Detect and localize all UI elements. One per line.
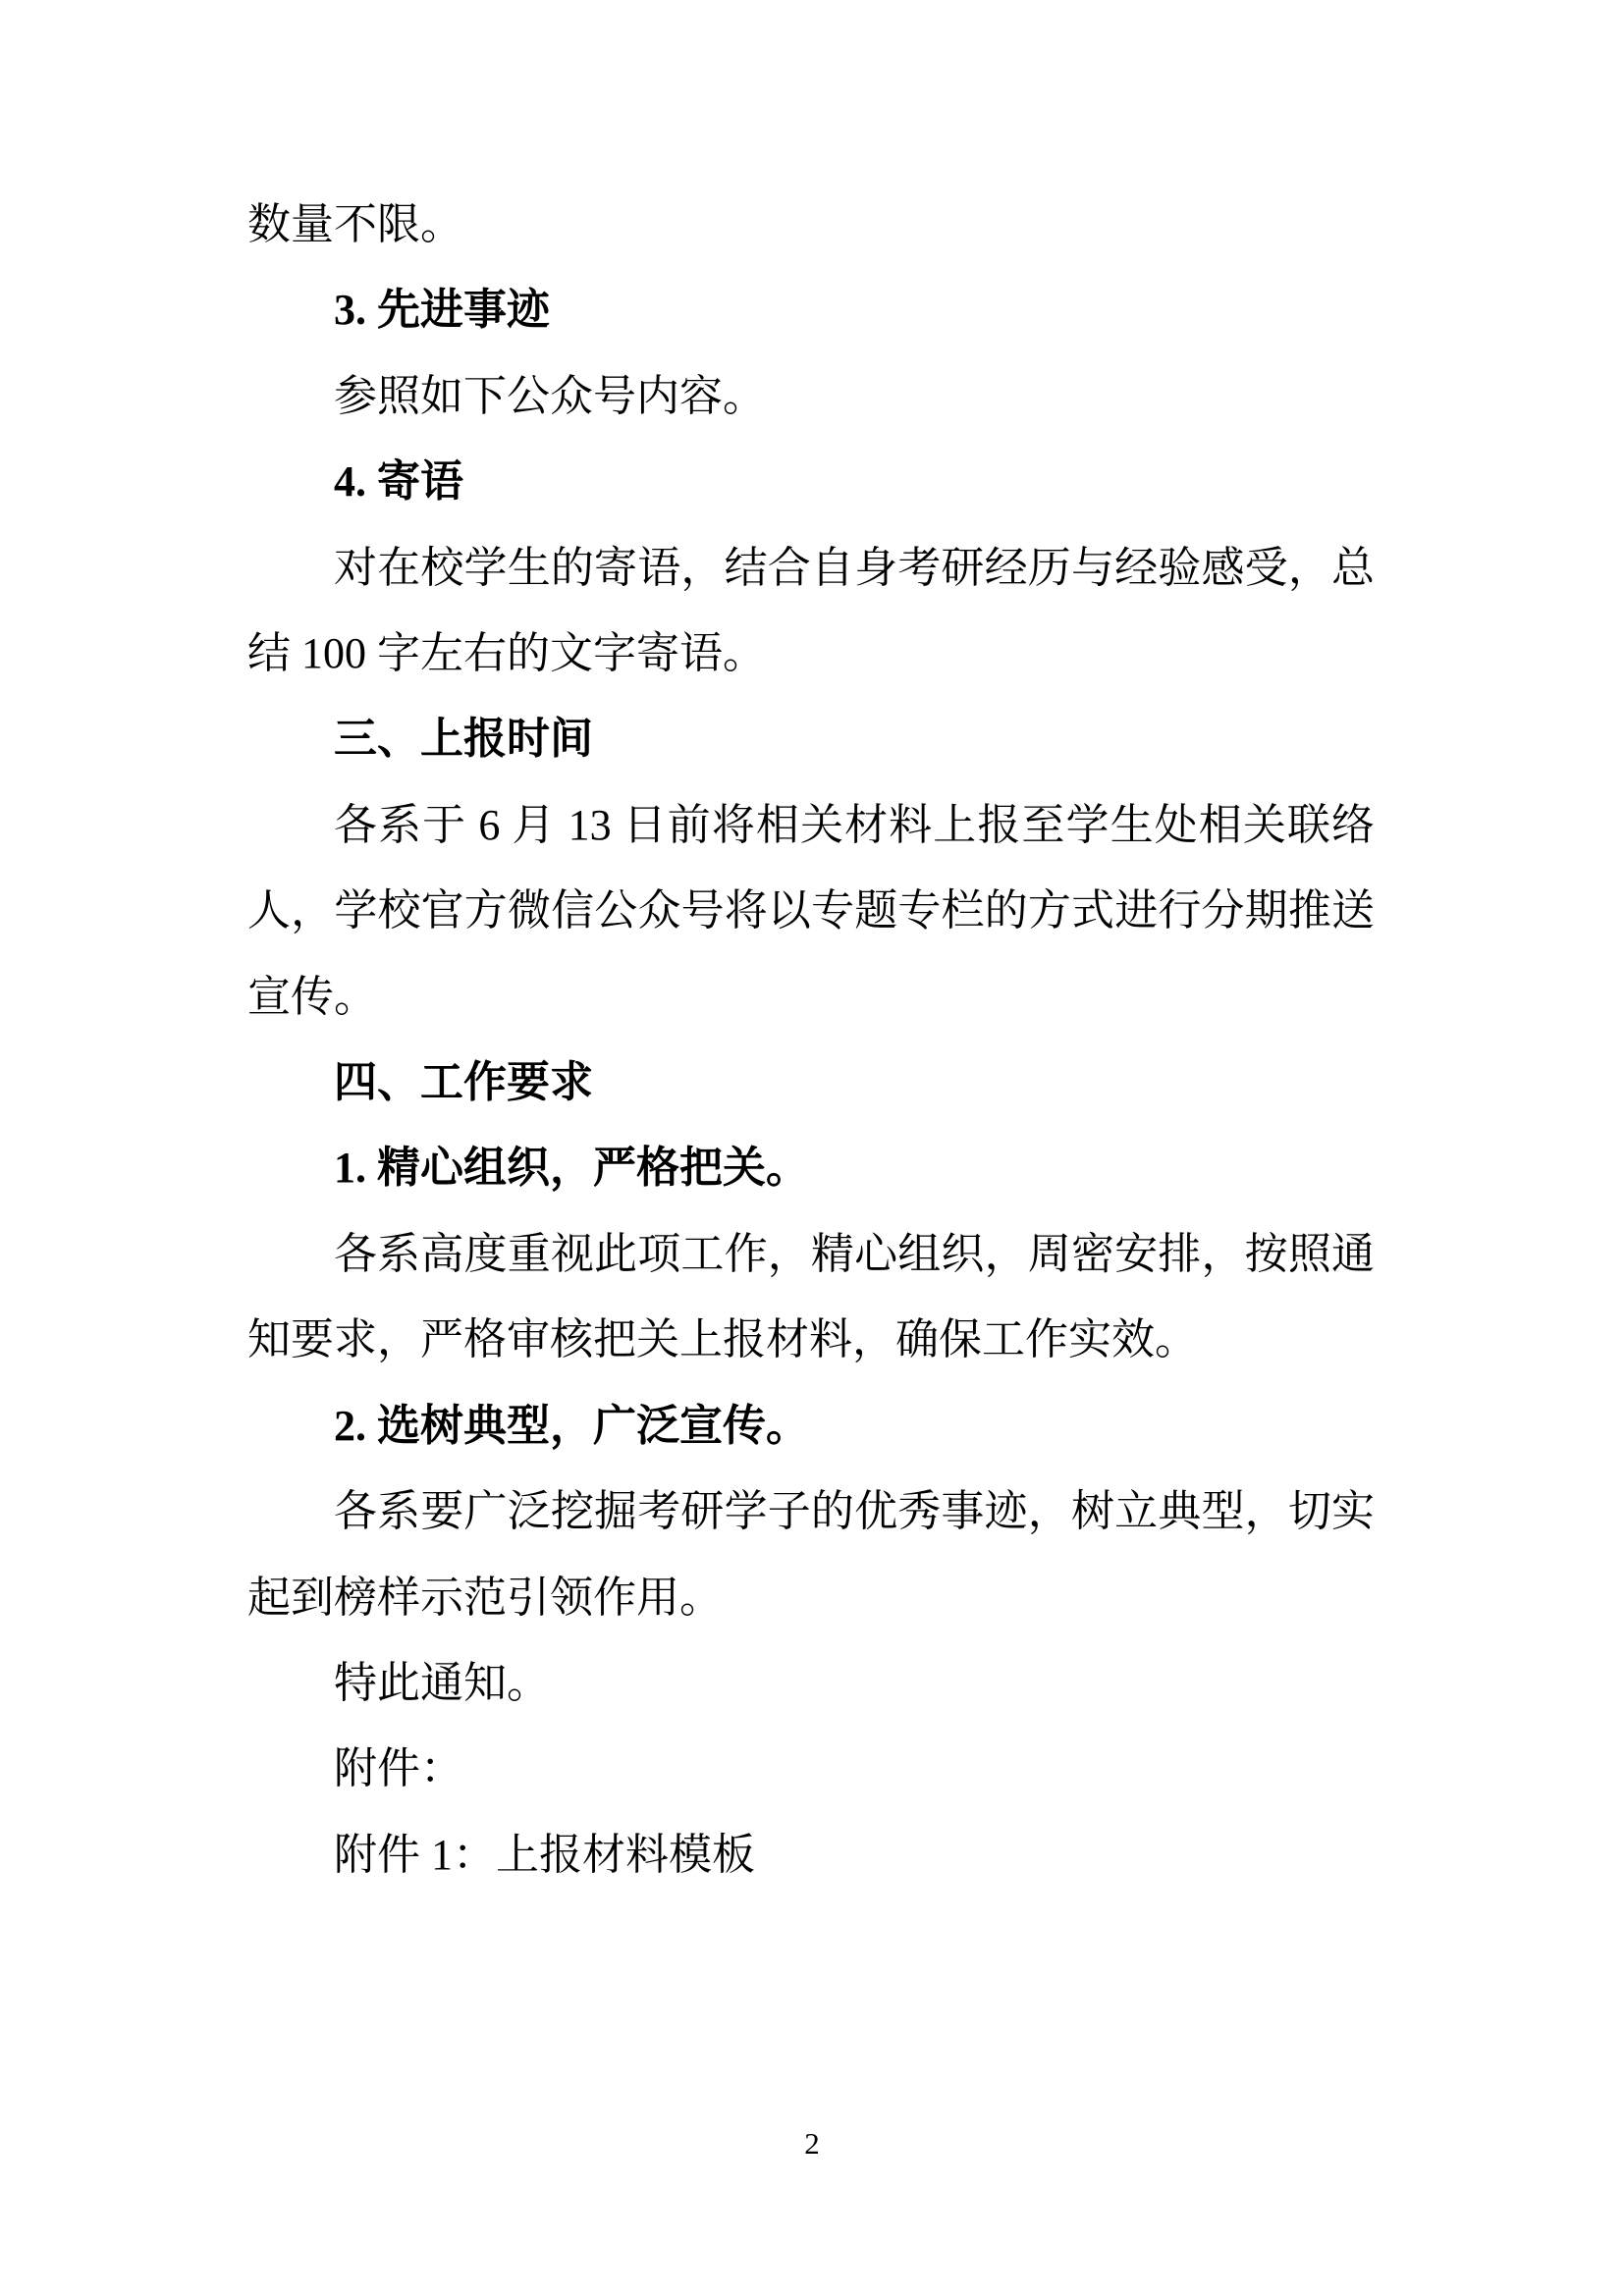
para-report-deadline: 各系于 6 月 13 日前将相关材料上报至学生处相关联络人，学校官方微信公众号将… [247, 782, 1375, 1040]
para-quantity-note: 数量不限。 [247, 182, 1375, 267]
subheading-3-deeds: 3. 先进事迹 [247, 267, 1375, 352]
document-page: 数量不限。 3. 先进事迹 参照如下公众号内容。 4. 寄语 对在校学生的寄语，… [0, 0, 1624, 2296]
para-message-requirement: 对在校学生的寄语，结合自身考研经历与经验感受，总结 100 字左右的文字寄语。 [247, 525, 1375, 697]
subheading-2-publicize: 2. 选树典型，广泛宣传。 [247, 1383, 1375, 1468]
para-hereby-notice: 特此通知。 [247, 1640, 1375, 1726]
heading-3-report-time: 三、上报时间 [247, 696, 1375, 781]
para-publicize-detail: 各系要广泛挖掘考研学子的优秀事迹，树立典型，切实起到榜样示范引领作用。 [247, 1468, 1375, 1640]
para-attachment-label: 附件： [247, 1726, 1375, 1811]
page-number: 2 [0, 2126, 1624, 2162]
subheading-4-message: 4. 寄语 [247, 439, 1375, 524]
heading-4-work-requirements: 四、工作要求 [247, 1040, 1375, 1125]
para-organize-detail: 各系高度重视此项工作，精心组织，周密安排，按照通知要求，严格审核把关上报材料，确… [247, 1211, 1375, 1383]
document-body: 数量不限。 3. 先进事迹 参照如下公众号内容。 4. 寄语 对在校学生的寄语，… [247, 182, 1375, 1897]
para-refer-official-account: 参照如下公众号内容。 [247, 353, 1375, 439]
para-attachment-1: 附件 1：上报材料模板 [247, 1812, 1375, 1897]
subheading-1-organize: 1. 精心组织，严格把关。 [247, 1125, 1375, 1210]
